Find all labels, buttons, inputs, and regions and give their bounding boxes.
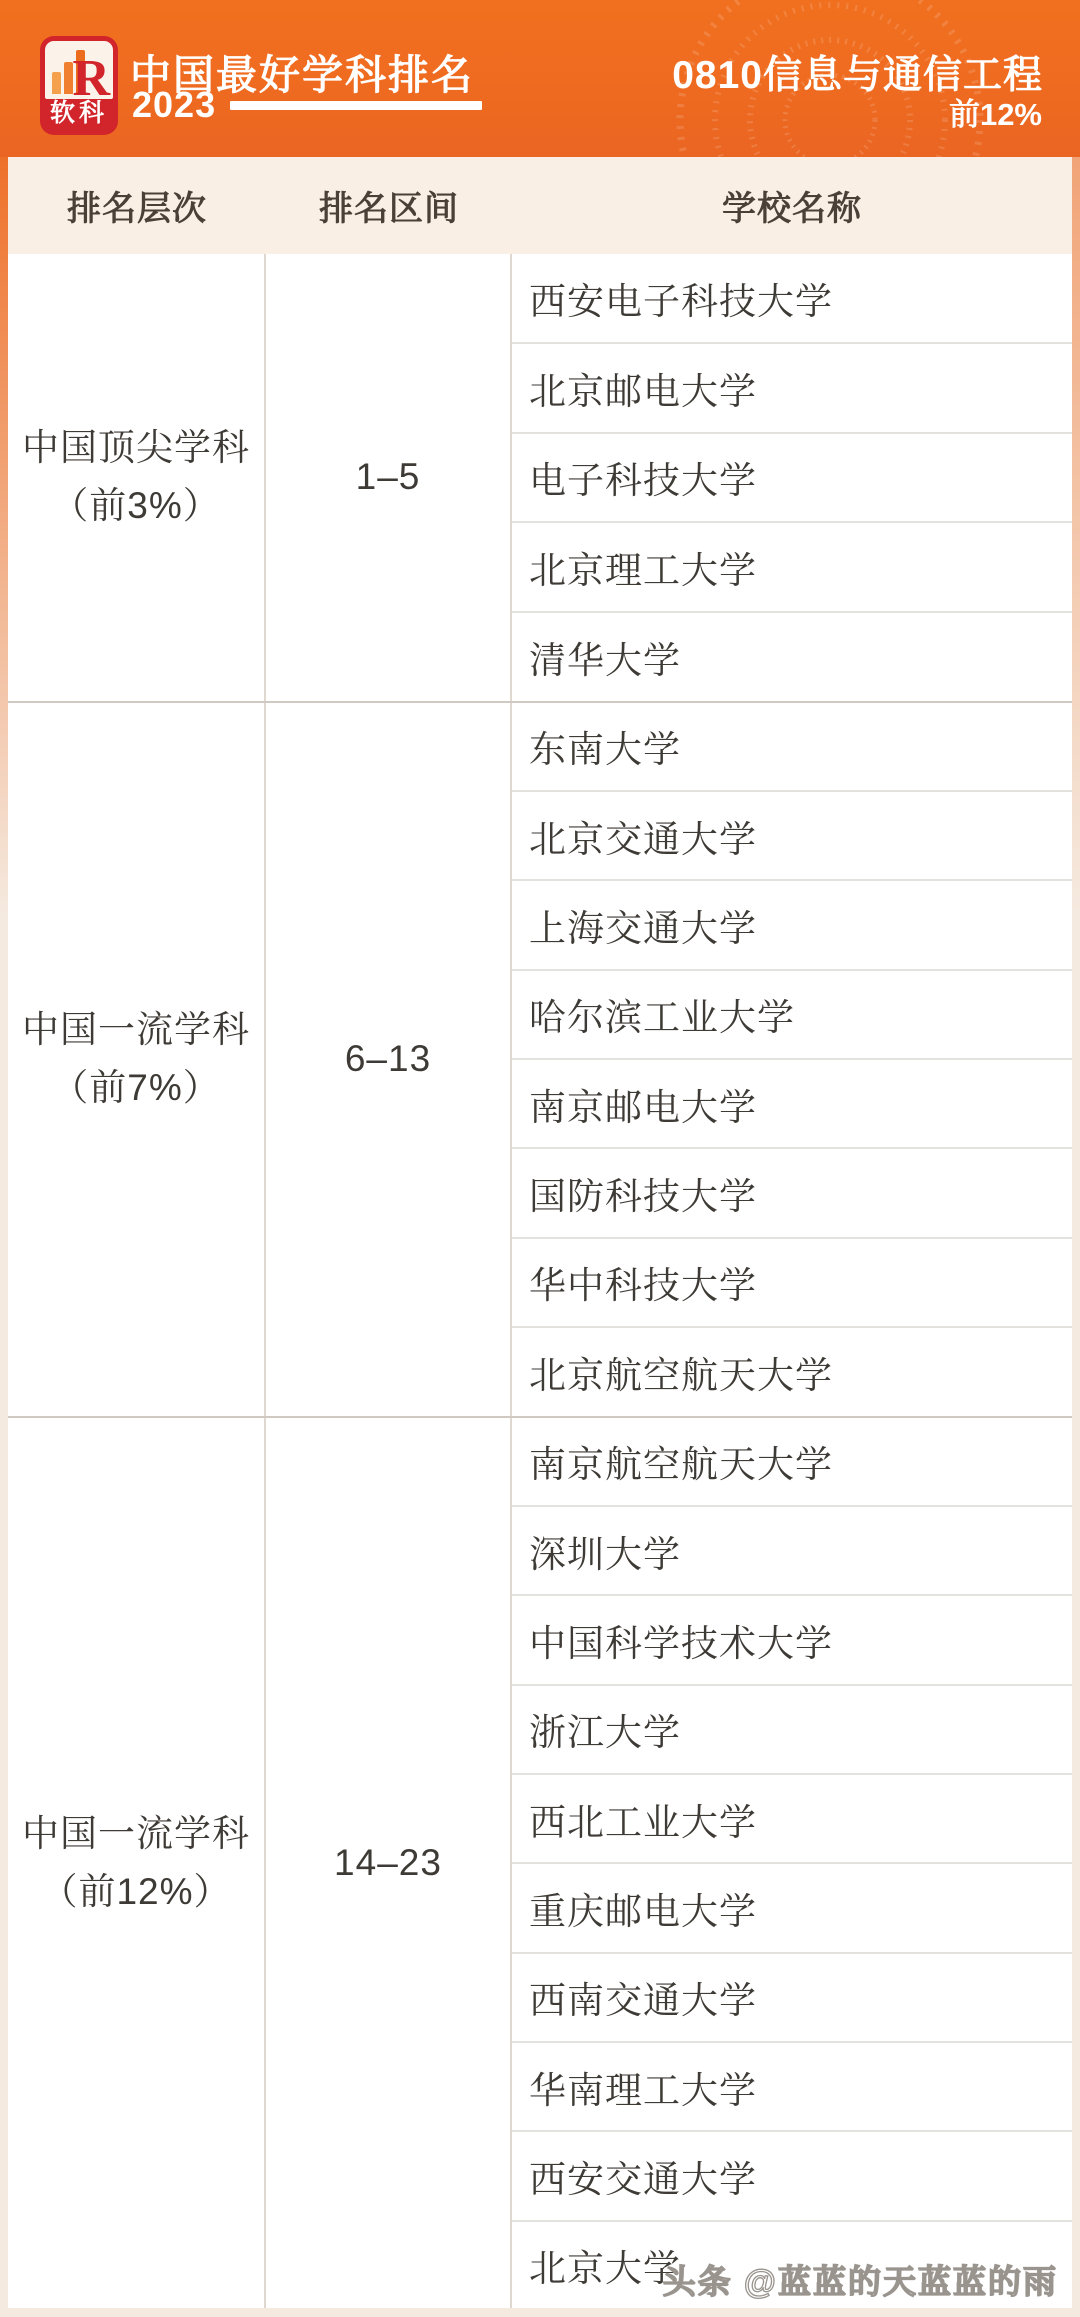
column-header-range: 排名区间: [266, 157, 512, 254]
school-row: 上海交通大学: [512, 879, 1072, 968]
school-row: 中国科学技术大学: [512, 1594, 1072, 1683]
school-row: 华中科技大学: [512, 1237, 1072, 1326]
school-row: 国防科技大学: [512, 1147, 1072, 1236]
logo-barchart-icon: R: [45, 41, 113, 99]
school-row: 华南理工大学: [512, 2041, 1072, 2130]
school-row: 西安电子科技大学: [512, 254, 1072, 342]
school-row: 哈尔滨工业大学: [512, 969, 1072, 1058]
school-row: 北京理工大学: [512, 521, 1072, 611]
tier-row: 中国顶尖学科（前3%）1–5西安电子科技大学北京邮电大学电子科技大学北京理工大学…: [8, 254, 1072, 701]
tier-level-cell: 中国顶尖学科（前3%）: [8, 254, 266, 701]
school-row: 南京航空航天大学: [512, 1418, 1072, 1505]
tier-school-list: 东南大学北京交通大学上海交通大学哈尔滨工业大学南京邮电大学国防科技大学华中科技大…: [512, 703, 1072, 1416]
school-row: 北京航空航天大学: [512, 1326, 1072, 1415]
page: R 软科 中国最好学科排名 2023 0810信息与通信工程 前12% 排名层次…: [0, 0, 1080, 2317]
tier-school-list: 南京航空航天大学深圳大学中国科学技术大学浙江大学西北工业大学重庆邮电大学西南交通…: [512, 1418, 1072, 2308]
school-row: 西北工业大学: [512, 1773, 1072, 1862]
tier-level-cell: 中国一流学科（前7%）: [8, 703, 266, 1416]
ranking-year: 2023: [132, 84, 216, 126]
brand-logo: R 软科: [40, 36, 118, 135]
school-row: 电子科技大学: [512, 432, 1072, 522]
author-watermark: 头条 @蓝蓝的天蓝蓝的雨: [663, 2256, 1058, 2303]
ranking-table: 排名层次 排名区间 学校名称 中国顶尖学科（前3%）1–5西安电子科技大学北京邮…: [8, 157, 1072, 2308]
tier-school-list: 西安电子科技大学北京邮电大学电子科技大学北京理工大学清华大学: [512, 254, 1072, 701]
table-body: 中国顶尖学科（前3%）1–5西安电子科技大学北京邮电大学电子科技大学北京理工大学…: [8, 254, 1072, 2308]
ranking-year-row: 2023: [132, 84, 482, 126]
year-underline-bar: [230, 101, 482, 110]
school-row: 南京邮电大学: [512, 1058, 1072, 1147]
tier-level-cell: 中国一流学科（前12%）: [8, 1418, 266, 2308]
tier-level-percent: （前3%）: [51, 477, 220, 535]
school-row: 北京交通大学: [512, 790, 1072, 879]
tier-rank-range: 6–13: [266, 703, 512, 1416]
logo-brand-name: 软科: [40, 93, 118, 129]
tier-level-percent: （前7%）: [51, 1059, 220, 1117]
table-header-row: 排名层次 排名区间 学校名称: [8, 157, 1072, 254]
header-banner: R 软科 中国最好学科排名 2023 0810信息与通信工程 前12%: [0, 0, 1080, 157]
tier-level-name: 中国一流学科: [22, 1805, 250, 1863]
school-row: 浙江大学: [512, 1684, 1072, 1773]
tier-row: 中国一流学科（前12%）14–23南京航空航天大学深圳大学中国科学技术大学浙江大…: [8, 1416, 1072, 2308]
column-header-school: 学校名称: [512, 157, 1072, 254]
subject-percent-badge: 前12%: [949, 89, 1042, 134]
tier-rank-range: 1–5: [266, 254, 512, 701]
school-row: 清华大学: [512, 611, 1072, 701]
tier-level-name: 中国顶尖学科: [22, 419, 250, 477]
school-row: 西南交通大学: [512, 1952, 1072, 2041]
school-row: 东南大学: [512, 703, 1072, 790]
left-edge-fade: [0, 157, 8, 917]
tier-level-name: 中国一流学科: [22, 1001, 250, 1059]
school-row: 北京邮电大学: [512, 342, 1072, 432]
tier-row: 中国一流学科（前7%）6–13东南大学北京交通大学上海交通大学哈尔滨工业大学南京…: [8, 701, 1072, 1416]
tier-level-percent: （前12%）: [40, 1863, 231, 1921]
school-row: 深圳大学: [512, 1505, 1072, 1594]
school-row: 西安交通大学: [512, 2130, 1072, 2219]
tier-rank-range: 14–23: [266, 1418, 512, 2308]
school-row: 重庆邮电大学: [512, 1862, 1072, 1951]
column-header-tier: 排名层次: [8, 157, 266, 254]
right-edge-fade: [1072, 157, 1080, 917]
